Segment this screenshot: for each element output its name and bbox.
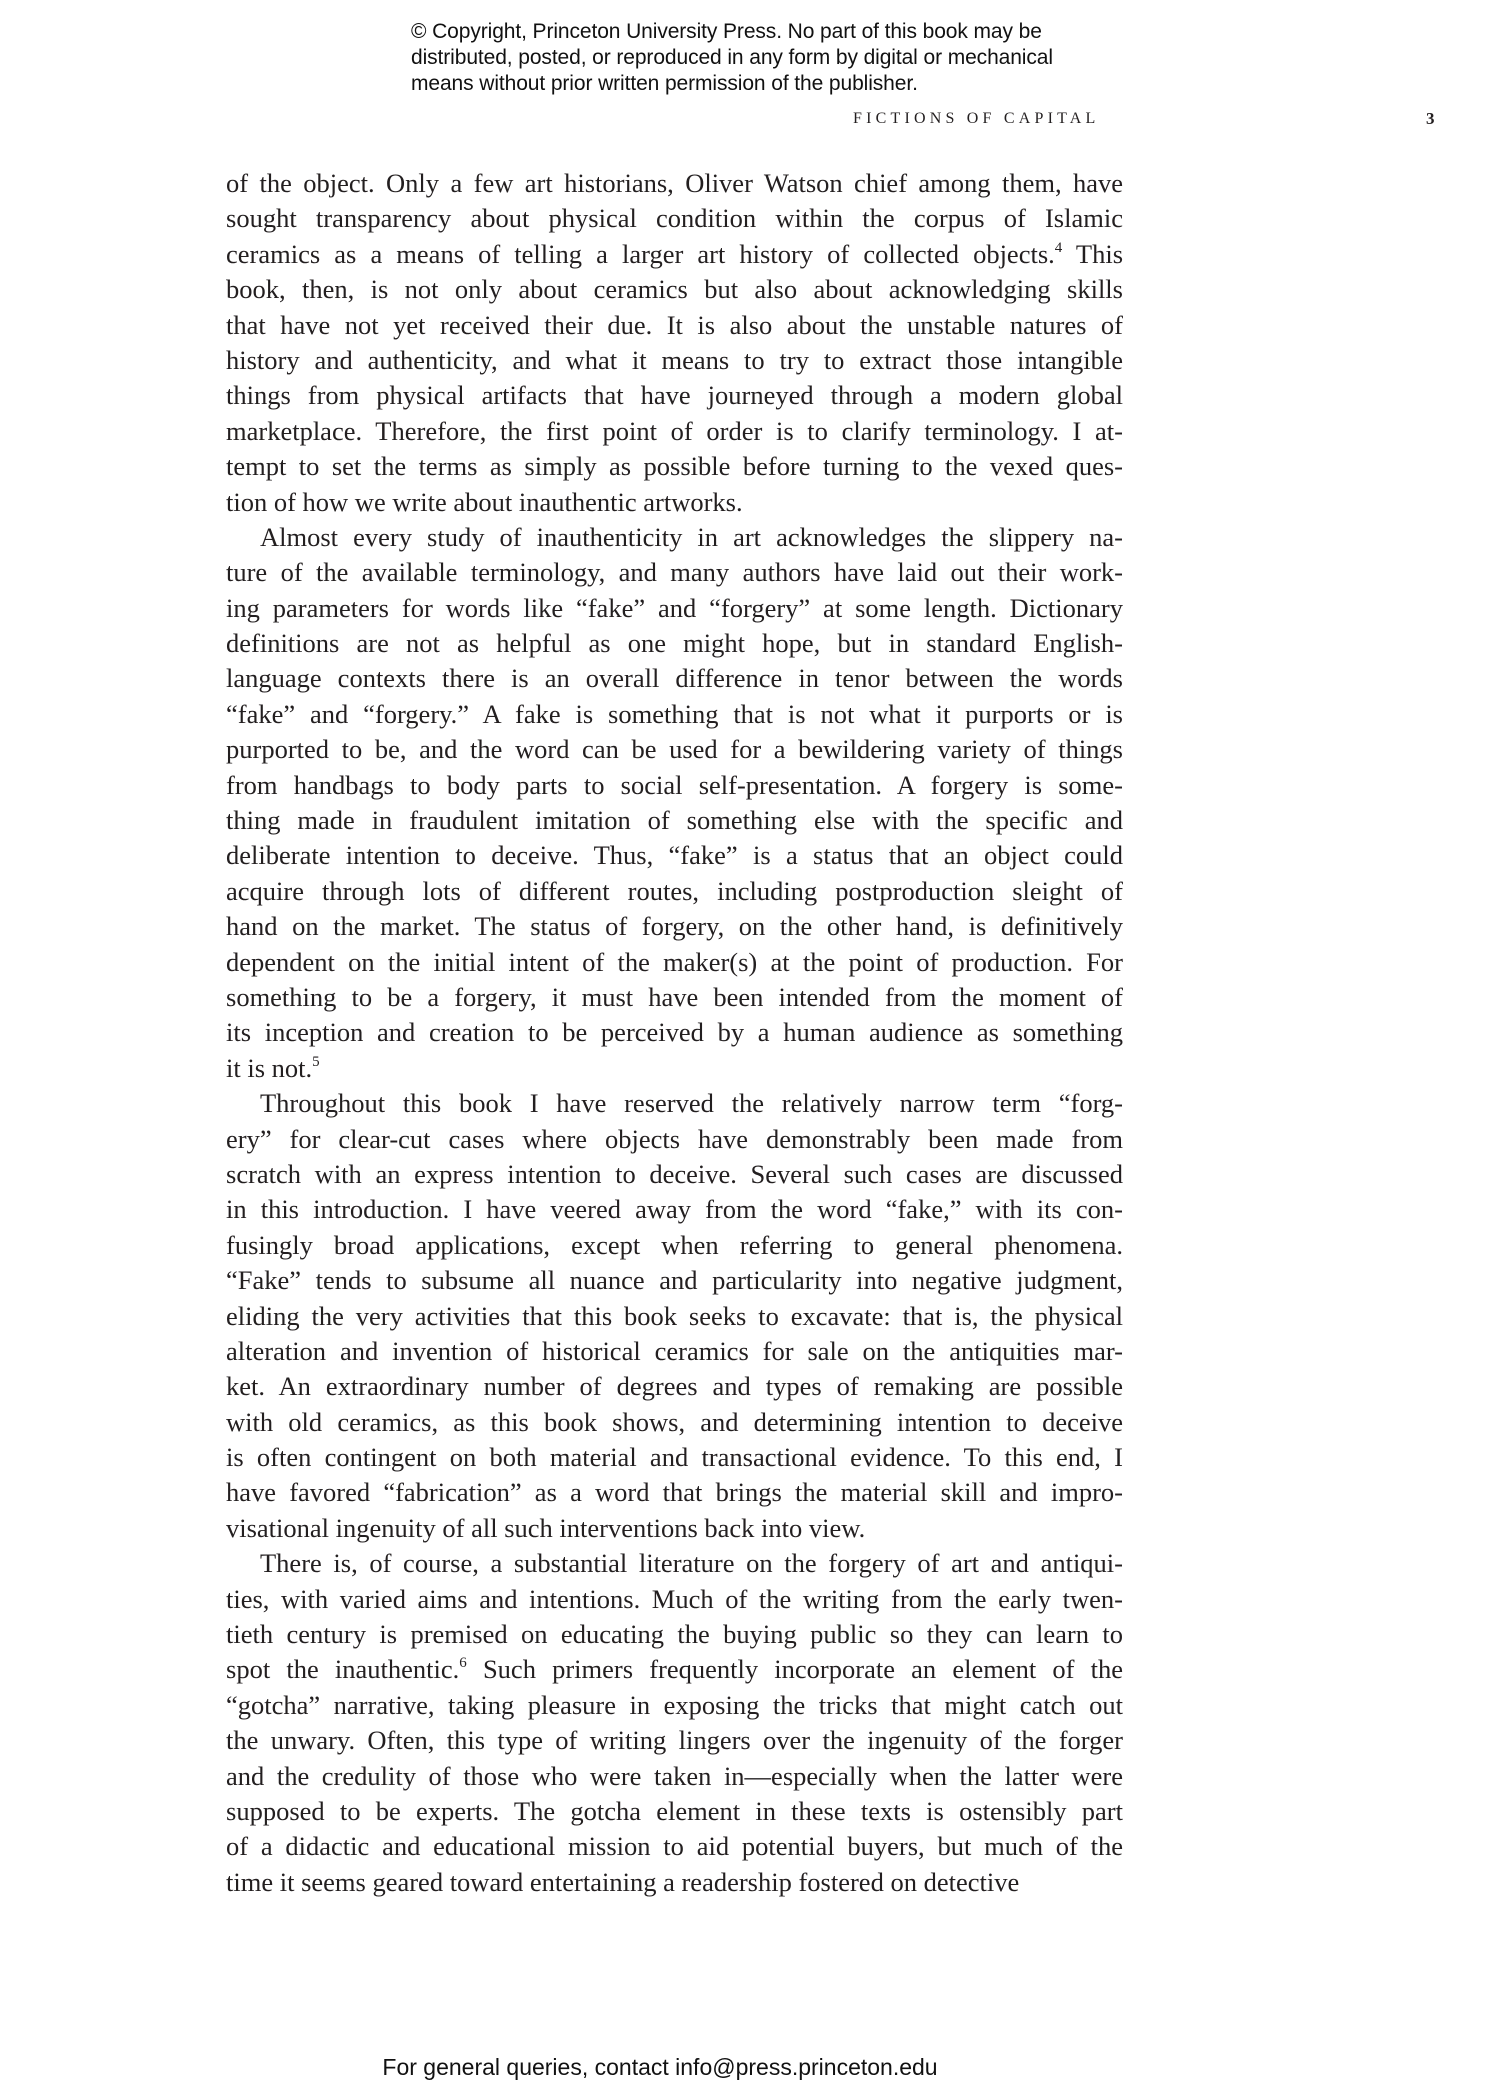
text-line: ties, with varied aims and intentions. M… <box>226 1582 1123 1617</box>
text-line: that have not yet received their due. It… <box>226 308 1123 343</box>
paragraph: There is, of course, a substantial liter… <box>226 1546 1123 1900</box>
text-line: its inception and creation to be perceiv… <box>226 1015 1123 1050</box>
copyright-notice: © Copyright, Princeton University Press.… <box>411 19 1171 97</box>
footnote-marker[interactable]: 4 <box>1055 240 1063 256</box>
text-line: acquire through lots of different routes… <box>226 874 1123 909</box>
text-line: “fake” and “forgery.” A fake is somethin… <box>226 697 1123 732</box>
text-line: Throughout this book I have reserved the… <box>226 1086 1123 1121</box>
text-line: visational ingenuity of all such interve… <box>226 1511 1123 1546</box>
text-line: “Fake” tends to subsume all nuance and p… <box>226 1263 1123 1298</box>
text-line: definitions are not as helpful as one mi… <box>226 626 1123 661</box>
body-text: of the object. Only a few art historians… <box>226 166 1123 1900</box>
text-line: tempt to set the terms as simply as poss… <box>226 449 1123 484</box>
text-line: book, then, is not only about ceramics b… <box>226 272 1123 307</box>
text-line: from handbags to body parts to social se… <box>226 768 1123 803</box>
text-line: ceramics as a means of telling a larger … <box>226 237 1123 272</box>
text-line: marketplace. Therefore, the first point … <box>226 414 1123 449</box>
text-line: eliding the very activities that this bo… <box>226 1299 1123 1334</box>
text-line: thing made in fraudulent imitation of so… <box>226 803 1123 838</box>
text-line: history and authenticity, and what it me… <box>226 343 1123 378</box>
paragraph: of the object. Only a few art historians… <box>226 166 1123 520</box>
text-line: Almost every study of inauthenticity in … <box>226 520 1123 555</box>
text-line: it is not.5 <box>226 1051 1123 1086</box>
page-number: 3 <box>1426 109 1435 129</box>
copyright-line: means without prior written permission o… <box>411 71 1171 97</box>
text-line: something to be a forgery, it must have … <box>226 980 1123 1015</box>
text-line: alteration and invention of historical c… <box>226 1334 1123 1369</box>
footnote-marker[interactable]: 5 <box>312 1054 320 1070</box>
text-line: dependent on the initial intent of the m… <box>226 945 1123 980</box>
text-line: language contexts there is an overall di… <box>226 661 1123 696</box>
text-line: ery” for clear-cut cases where objects h… <box>226 1122 1123 1157</box>
text-line: is often contingent on both material and… <box>226 1440 1123 1475</box>
paragraph: Throughout this book I have reserved the… <box>226 1086 1123 1546</box>
text-line: things from physical artifacts that have… <box>226 378 1123 413</box>
copyright-line: © Copyright, Princeton University Press.… <box>411 19 1171 45</box>
text-line: spot the inauthentic.6 Such primers freq… <box>226 1652 1123 1687</box>
text-line: There is, of course, a substantial liter… <box>226 1546 1123 1581</box>
copyright-line: distributed, posted, or reproduced in an… <box>411 45 1171 71</box>
text-line: hand on the market. The status of forger… <box>226 909 1123 944</box>
text-line: deliberate intention to deceive. Thus, “… <box>226 838 1123 873</box>
text-line: of a didactic and educational mission to… <box>226 1829 1123 1864</box>
paragraph: Almost every study of inauthenticity in … <box>226 520 1123 1086</box>
footnote-marker[interactable]: 6 <box>459 1655 467 1671</box>
text-line: fusingly broad applications, except when… <box>226 1228 1123 1263</box>
text-line: in this introduction. I have veered away… <box>226 1192 1123 1227</box>
text-line: scratch with an express intention to dec… <box>226 1157 1123 1192</box>
text-line: of the object. Only a few art historians… <box>226 166 1123 201</box>
text-line: supposed to be experts. The gotcha eleme… <box>226 1794 1123 1829</box>
text-line: the unwary. Often, this type of writing … <box>226 1723 1123 1758</box>
text-line: with old ceramics, as this book shows, a… <box>226 1405 1123 1440</box>
text-line: time it seems geared toward entertaining… <box>226 1865 1123 1900</box>
text-line: tieth century is premised on educating t… <box>226 1617 1123 1652</box>
text-line: purported to be, and the word can be use… <box>226 732 1123 767</box>
text-line: and the credulity of those who were take… <box>226 1759 1123 1794</box>
text-line: have favored “fabrication” as a word tha… <box>226 1475 1123 1510</box>
text-line: ture of the available terminology, and m… <box>226 555 1123 590</box>
text-line: tion of how we write about inauthentic a… <box>226 485 1123 520</box>
text-line: ing parameters for words like “fake” and… <box>226 591 1123 626</box>
footer-contact: For general queries, contact info@press.… <box>0 2054 1320 2081</box>
running-head: FICTIONS OF CAPITAL <box>853 110 1100 128</box>
text-line: “gotcha” narrative, taking pleasure in e… <box>226 1688 1123 1723</box>
text-line: sought transparency about physical condi… <box>226 201 1123 236</box>
text-line: ket. An extraordinary number of degrees … <box>226 1369 1123 1404</box>
